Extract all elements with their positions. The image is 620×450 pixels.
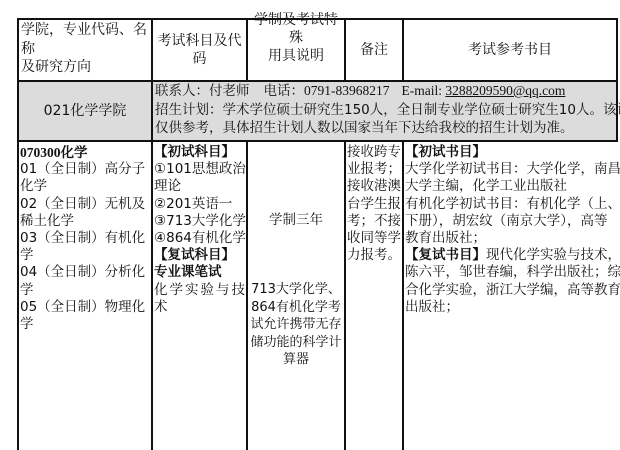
direction-item: 01（全日制）高分子 bbox=[20, 161, 151, 178]
header-text: 码 bbox=[193, 50, 207, 68]
subject-item: ①101思想政治 bbox=[154, 161, 246, 178]
book-line: 下册），胡宏纹（南京大学），高等 bbox=[405, 213, 617, 230]
book-line: 教育出版社； bbox=[405, 230, 617, 247]
remarks: 接收跨专 业报考； 接收港澳 台学生报 考；不接 收同等学 力报考。 bbox=[347, 144, 402, 264]
college-row-bottom-border bbox=[17, 140, 618, 142]
retest-subject-cont: 术 bbox=[154, 299, 246, 316]
retest-subjects-title: 【复试科目】 bbox=[154, 247, 246, 264]
col-border-1 bbox=[151, 18, 153, 450]
study-duration: 学制三年 bbox=[248, 211, 344, 229]
book-line: 合化学实验，浙江大学编，高等教育 bbox=[405, 282, 617, 299]
direction-item: 03（全日制）有机化 bbox=[20, 230, 151, 247]
college-info: 联系人：付老师电话：0791-83968217E-mail: 328820959… bbox=[155, 82, 617, 140]
email-label: E-mail: bbox=[402, 83, 446, 98]
header-text: 学制及考试特殊 bbox=[248, 11, 344, 47]
header-text: 称 bbox=[21, 40, 151, 59]
retest-books-first-line: 【复试书目】现代化学实验与技术， bbox=[405, 247, 617, 264]
direction-item-cont: 学 bbox=[20, 282, 151, 299]
book-line: 大学主编，化学工业出版社 bbox=[405, 178, 617, 195]
enrollment-plan-line-2: 仅供参考，具体招生计划人数以国家当年下达给我校的招生计划为准。 bbox=[155, 119, 617, 138]
tools-line: 算器 bbox=[248, 351, 344, 369]
header-text: 用具说明 bbox=[268, 47, 324, 65]
header-text: 考试参考书目 bbox=[468, 41, 552, 59]
header-reference-books: 考试参考书目 bbox=[404, 20, 616, 80]
remark-line: 力报考。 bbox=[347, 247, 402, 264]
prelim-subjects-title: 【初试科目】 bbox=[154, 144, 246, 161]
prelim-books-title: 【初试书目】 bbox=[405, 144, 617, 161]
retest-subject: 化学实验与技 bbox=[154, 282, 246, 299]
book-line: 现代化学实验与技术， bbox=[486, 247, 620, 263]
col-border-3-body bbox=[344, 140, 346, 450]
direction-item-cont: 学 bbox=[20, 247, 151, 264]
exam-subjects: 【初试科目】 ①101思想政治 理论 ②201英语一 ③713大学化学 ④864… bbox=[154, 144, 246, 316]
enrollment-plan-line-1: 招生计划：学术学位硕士研究生150人，全日制专业学位硕士研究生10人。该计划 bbox=[155, 101, 617, 120]
header-text: 备注 bbox=[360, 41, 388, 59]
major-code-name: 070300化学 bbox=[20, 144, 151, 161]
direction-item: 04（全日制）分析化 bbox=[20, 264, 151, 281]
book-line: 出版社； bbox=[405, 299, 617, 316]
admission-table: 学院，专业代码、名 称 及研究方向 考试科目及代 码 学制及考试特殊 用具说明 … bbox=[17, 18, 618, 450]
header-duration-tools: 学制及考试特殊 用具说明 bbox=[248, 18, 344, 58]
tools-line: 储功能的科学计 bbox=[248, 334, 344, 352]
header-remarks: 备注 bbox=[346, 20, 402, 80]
contact-line: 联系人：付老师电话：0791-83968217E-mail: 328820959… bbox=[155, 82, 617, 101]
remark-line: 接收港澳 bbox=[347, 178, 402, 195]
subject-item: ④864有机化学 bbox=[154, 230, 246, 247]
col-border-4-body bbox=[402, 140, 404, 450]
tools-line: 713大学化学、 bbox=[248, 281, 344, 299]
reference-books: 【初试书目】 大学化学初试书目：大学化学，南昌 大学主编，化学工业出版社 有机化… bbox=[405, 144, 617, 316]
direction-item-cont: 学 bbox=[20, 316, 151, 333]
subject-item: ②201英语一 bbox=[154, 196, 246, 213]
book-line: 大学化学初试书目：大学化学，南昌 bbox=[405, 161, 617, 178]
direction-item: 05（全日制）物理化 bbox=[20, 299, 151, 316]
retest-books-title: 【复试书目】 bbox=[405, 247, 486, 263]
direction-item-cont: 化学 bbox=[20, 178, 151, 195]
header-exam-subjects: 考试科目及代 码 bbox=[153, 20, 246, 80]
book-line: 陈六平，邹世春编，科学出版社；综 bbox=[405, 264, 617, 281]
email-link[interactable]: 3288209590@qq.com bbox=[445, 83, 565, 98]
major-directions: 070300化学 01（全日制）高分子 化学 02（全日制）无机及 稀土化学 0… bbox=[20, 144, 151, 333]
book-line: 有机化学初试书目：有机化学（上、 bbox=[405, 196, 617, 213]
remark-line: 台学生报 bbox=[347, 196, 402, 213]
tools-line: 864有机化学考 bbox=[248, 299, 344, 317]
remark-line: 接收跨专 bbox=[347, 144, 402, 161]
header-text: 考试科目及代 bbox=[158, 32, 242, 50]
retest-type: 专业课笔试 bbox=[154, 264, 246, 281]
header-text: 学院，专业代码、名 bbox=[21, 21, 151, 40]
subject-item-cont: 理论 bbox=[154, 178, 246, 195]
tools-line: 试允许携带无存 bbox=[248, 316, 344, 334]
remark-line: 考；不接 bbox=[347, 213, 402, 230]
direction-item: 02（全日制）无机及 bbox=[20, 196, 151, 213]
header-college-major: 学院，专业代码、名 称 及研究方向 bbox=[21, 21, 151, 79]
remark-line: 收同等学 bbox=[347, 230, 402, 247]
contact-person: 联系人：付老师 bbox=[155, 83, 250, 99]
college-name: 021化学学院 bbox=[19, 82, 151, 140]
phone-number: 电话：0791-83968217 bbox=[264, 83, 390, 98]
special-tools-note: 713大学化学、 864有机化学考 试允许携带无存 储功能的科学计 算器 bbox=[248, 281, 344, 369]
subject-item: ③713大学化学 bbox=[154, 213, 246, 230]
direction-item-cont: 稀土化学 bbox=[20, 213, 151, 230]
remark-line: 业报考； bbox=[347, 161, 402, 178]
duration-text: 学制三年 bbox=[269, 212, 323, 228]
header-text: 及研究方向 bbox=[21, 58, 151, 77]
college-label: 021化学学院 bbox=[44, 102, 127, 120]
